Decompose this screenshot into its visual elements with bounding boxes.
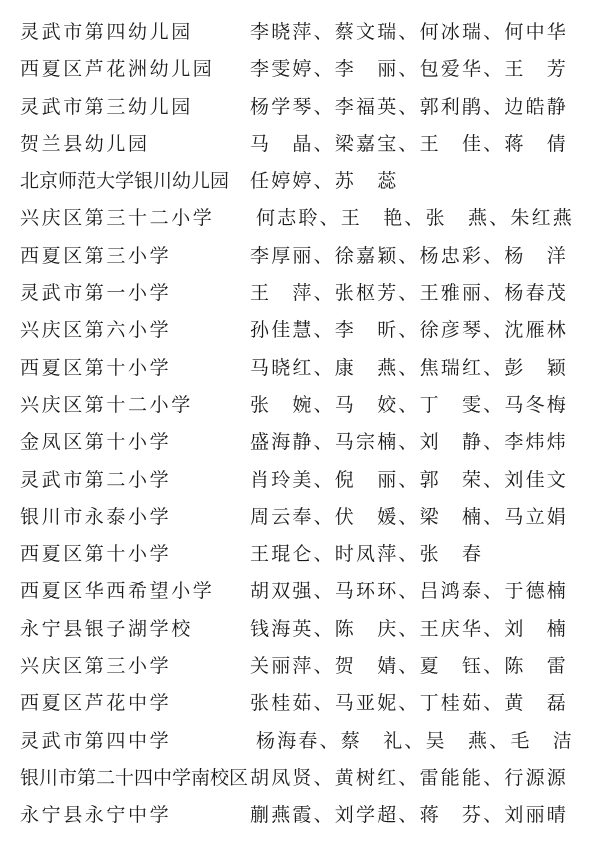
list-row: 灵武市第三幼儿园 杨学琴、李福英、郭利鹃、边皓静 (0, 89, 590, 126)
school-name: 灵武市第一小学 (20, 275, 171, 312)
school-name: 西夏区芦花中学 (20, 685, 171, 722)
school-name: 兴庆区第十二小学 (20, 387, 193, 424)
list-row: 兴庆区第三小学 关丽萍、贺 婧、夏 钰、陈 雷 (0, 648, 590, 685)
teacher-names: 王琨仑、时凤萍、张 春 (250, 536, 483, 573)
list-row: 西夏区第十小学 马晓红、康 燕、焦瑞红、彭 颖 (0, 350, 590, 387)
school-name: 贺兰县幼儿园 (20, 126, 150, 163)
list-row: 灵武市第四中学 杨海春、蔡 礼、吴 燕、毛 洁 (0, 723, 590, 760)
school-name: 兴庆区第三小学 (20, 648, 171, 685)
school-name: 灵武市第四中学 (20, 723, 171, 760)
list-row: 兴庆区第六小学 孙佳慧、李 昕、徐彦琴、沈雁林 (0, 312, 590, 349)
teacher-names: 王 萍、张枢芳、王雅丽、杨春茂 (250, 275, 568, 312)
list-row: 兴庆区第十二小学 张 婉、马 姣、丁 雯、马冬梅 (0, 387, 590, 424)
school-name: 西夏区华西希望小学 (20, 573, 214, 610)
school-name: 金凤区第十小学 (20, 424, 171, 461)
school-name: 银川市永泰小学 (20, 499, 171, 536)
teacher-names: 杨海春、蔡 礼、吴 燕、毛 洁 (256, 723, 574, 760)
list-row: 兴庆区第三十二小学 何志聆、王 艳、张 燕、朱红燕 (0, 200, 590, 237)
list-row: 金凤区第十小学 盛海静、马宗楠、刘 静、李炜炜 (0, 424, 590, 461)
teacher-names: 钱海英、陈 庆、王庆华、刘 楠 (250, 611, 568, 648)
teacher-names: 盛海静、马宗楠、刘 静、李炜炜 (250, 424, 568, 461)
teacher-names: 肖玲美、倪 丽、郭 荣、刘佳文 (250, 462, 568, 499)
teacher-names: 李雯婷、李 丽、包爱华、王 芳 (250, 51, 568, 88)
school-name: 银川市第二十四中学南校区 (20, 760, 248, 797)
school-name: 兴庆区第六小学 (20, 312, 171, 349)
school-name: 永宁县银子湖学校 (20, 611, 193, 648)
list-row: 灵武市第四幼儿园 李晓萍、蔡文瑞、何冰瑞、何中华 (0, 14, 590, 51)
teacher-names: 任婷婷、苏 蕊 (250, 163, 398, 200)
teacher-names: 马晓红、康 燕、焦瑞红、彭 颖 (250, 350, 568, 387)
school-name: 西夏区芦花洲幼儿园 (20, 51, 214, 88)
school-name: 西夏区第三小学 (20, 238, 171, 275)
teacher-names: 李厚丽、徐嘉颖、杨忠彩、杨 洋 (250, 238, 568, 275)
list-row: 西夏区第十小学 王琨仑、时凤萍、张 春 (0, 536, 590, 573)
list-row: 西夏区第三小学 李厚丽、徐嘉颖、杨忠彩、杨 洋 (0, 238, 590, 275)
teacher-names: 孙佳慧、李 昕、徐彦琴、沈雁林 (250, 312, 568, 349)
teacher-names: 张 婉、马 姣、丁 雯、马冬梅 (250, 387, 568, 424)
school-name: 永宁县永宁中学 (20, 797, 171, 834)
teacher-names: 周云奉、伏 媛、梁 楠、马立娟 (250, 499, 568, 536)
list-row: 灵武市第二小学 肖玲美、倪 丽、郭 荣、刘佳文 (0, 462, 590, 499)
list-row: 灵武市第一小学 王 萍、张枢芳、王雅丽、杨春茂 (0, 275, 590, 312)
list-row: 银川市永泰小学 周云奉、伏 媛、梁 楠、马立娟 (0, 499, 590, 536)
teacher-names: 张桂茹、马亚妮、丁桂茹、黄 磊 (250, 685, 568, 722)
list-row: 北京师范大学银川幼儿园 任婷婷、苏 蕊 (0, 163, 590, 200)
school-name: 灵武市第三幼儿园 (20, 89, 193, 126)
school-name: 西夏区第十小学 (20, 536, 171, 573)
teacher-names: 关丽萍、贺 婧、夏 钰、陈 雷 (250, 648, 568, 685)
school-name: 兴庆区第三十二小学 (20, 200, 214, 237)
list-row: 西夏区芦花中学 张桂茹、马亚妮、丁桂茹、黄 磊 (0, 685, 590, 722)
teacher-names: 蒯燕霞、刘学超、蒋 芬、刘丽晴 (250, 797, 568, 834)
school-name: 灵武市第二小学 (20, 462, 171, 499)
teacher-names: 胡凤贤、黄树红、雷能能、行源源 (250, 760, 568, 797)
list-row: 贺兰县幼儿园 马 晶、梁嘉宝、王 佳、蒋 倩 (0, 126, 590, 163)
school-name: 北京师范大学银川幼儿园 (20, 163, 229, 200)
list-row: 永宁县永宁中学 蒯燕霞、刘学超、蒋 芬、刘丽晴 (0, 797, 590, 834)
teacher-names: 杨学琴、李福英、郭利鹃、边皓静 (250, 89, 568, 126)
teacher-names: 李晓萍、蔡文瑞、何冰瑞、何中华 (250, 14, 568, 51)
list-row: 西夏区华西希望小学 胡双强、马环环、吕鸿泰、于德楠 (0, 573, 590, 610)
list-row: 永宁县银子湖学校 钱海英、陈 庆、王庆华、刘 楠 (0, 611, 590, 648)
school-name: 西夏区第十小学 (20, 350, 171, 387)
school-name: 灵武市第四幼儿园 (20, 14, 193, 51)
teacher-names: 何志聆、王 艳、张 燕、朱红燕 (256, 200, 574, 237)
award-list-document: 灵武市第四幼儿园 李晓萍、蔡文瑞、何冰瑞、何中华 西夏区芦花洲幼儿园 李雯婷、李… (0, 14, 590, 835)
list-row: 西夏区芦花洲幼儿园 李雯婷、李 丽、包爱华、王 芳 (0, 51, 590, 88)
teacher-names: 胡双强、马环环、吕鸿泰、于德楠 (250, 573, 568, 610)
teacher-names: 马 晶、梁嘉宝、王 佳、蒋 倩 (250, 126, 568, 163)
list-row: 银川市第二十四中学南校区 胡凤贤、黄树红、雷能能、行源源 (0, 760, 590, 797)
